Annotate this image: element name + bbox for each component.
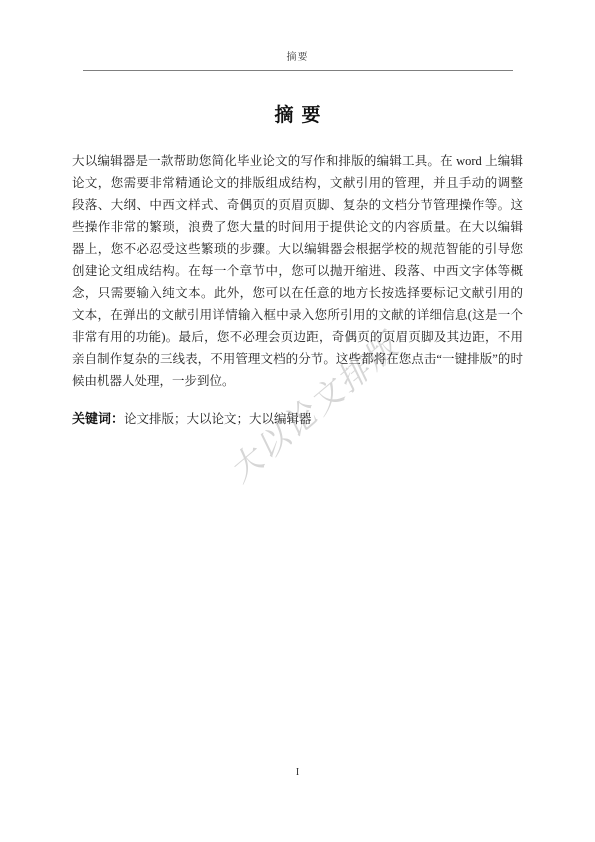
- abstract-paragraph: 大以编辑器是一款帮助您简化毕业论文的写作和排版的编辑工具。在 word 上编辑 …: [72, 150, 523, 392]
- page-number: I: [0, 767, 595, 778]
- abstract-title-text: 摘要: [274, 105, 328, 126]
- abstract-title: 摘要: [72, 100, 523, 127]
- document-page: 大以论文排版 摘要 摘要 大以编辑器是一款帮助您简化毕业论文的写作和排版的编辑工…: [0, 0, 595, 842]
- abstract-line: 大以编辑器是一款帮助您简化毕业论文的写作和排版的编辑工具。在 word 上编辑: [72, 150, 523, 172]
- abstract-line: 文本，在弹出的文献引用详情输入框中录入您所引用的文献的详细信息(这是一个: [72, 304, 523, 326]
- abstract-line: 创建论文组成结构。在每一个章节中，您可以抛开缩进、段落、中西文字体等概: [72, 260, 523, 282]
- header-rule: [83, 70, 513, 71]
- page-content: 摘要 摘要 大以编辑器是一款帮助您简化毕业论文的写作和排版的编辑工具。在 wor…: [0, 0, 595, 430]
- abstract-line: 些操作非常的繁琐，浪费了您大量的时间用于提供论文的内容质量。在大以编辑: [72, 216, 523, 238]
- running-header-title: 摘要: [72, 0, 523, 63]
- abstract-line: 候由机器人处理，一步到位。: [72, 370, 523, 392]
- keywords-value: 论文排版；大以论文；大以编辑器: [124, 412, 312, 426]
- abstract-line: 器上，您不必忍受这些繁琐的步骤。大以编辑器会根据学校的规范智能的引导您: [72, 238, 523, 260]
- keywords-label: 关键词：: [72, 411, 124, 426]
- abstract-line: 念，只需要输入纯文本。此外，您可以在任意的地方长按选择要标记文献引用的: [72, 282, 523, 304]
- abstract-line: 非常有用的功能)。最后，您不必理会页边距，奇偶页的页眉页脚及其边距，不用: [72, 326, 523, 348]
- abstract-line: 段落、大纲、中西文样式、奇偶页的页眉页脚、复杂的文档分节管理操作等。这: [72, 194, 523, 216]
- abstract-line: 亲自制作复杂的三线表，不用管理文档的分节。这些都将在您点击“一键排版”的时: [72, 348, 523, 370]
- abstract-line: 论文，您需要非常精通论文的排版组成结构，文献引用的管理，并且手动的调整: [72, 172, 523, 194]
- keywords-row: 关键词：论文排版；大以论文；大以编辑器: [72, 408, 523, 430]
